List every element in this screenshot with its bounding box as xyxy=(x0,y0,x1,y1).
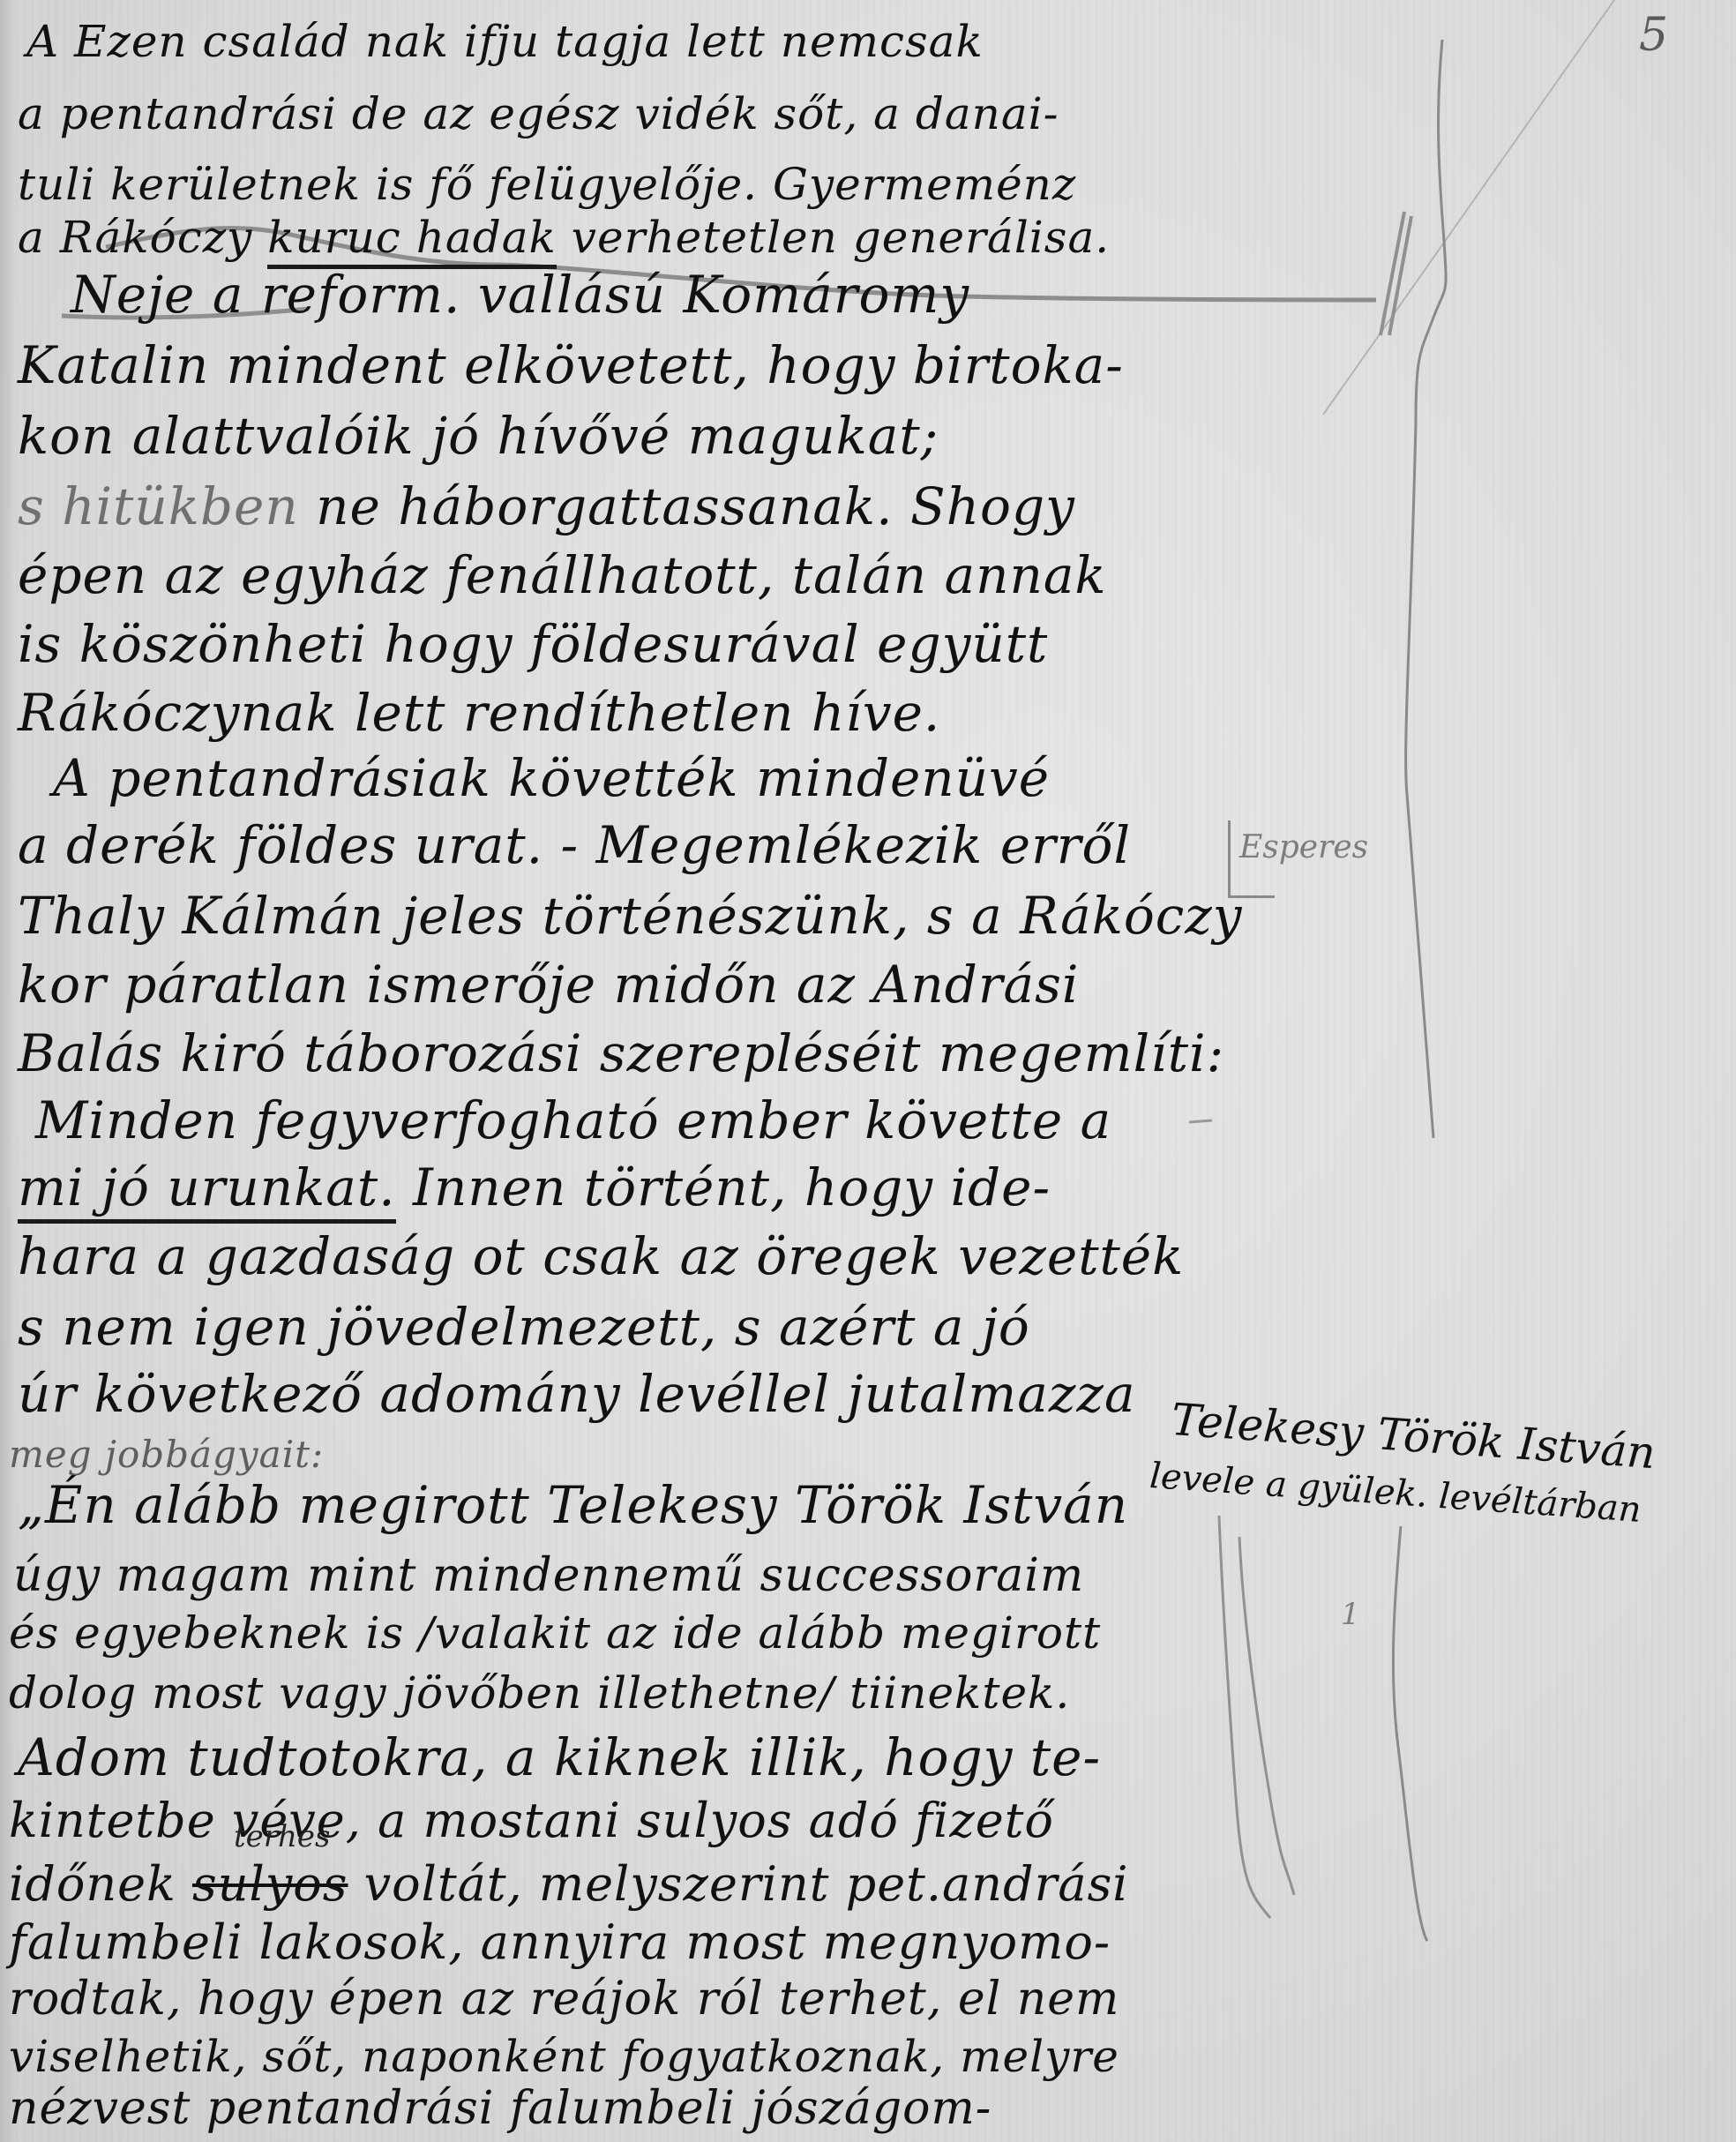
text-line: „Én alább megirott Telekesy Török István xyxy=(18,1475,1128,1535)
text-line: mi jó urunkat. Innen történt, hogy ide- xyxy=(18,1157,1051,1217)
text-line: s nem igen jövedelmezett, s azért a jó xyxy=(18,1297,1030,1357)
line-text: kintetbe véve, a mostani sulyos adó fize… xyxy=(9,1793,1054,1848)
line-text: Innen történt, hogy ide- xyxy=(396,1157,1051,1217)
text-line: a Rákóczy kuruc hadak verhetetlen generá… xyxy=(18,212,1110,263)
line-text: is köszönheti hogy földesurával együtt xyxy=(18,614,1048,674)
line-text: tuli kerületnek is fő felügyelője. Gyerm… xyxy=(18,159,1076,210)
line-text: épen az egyház fenállhatott, talán annak xyxy=(18,545,1107,605)
line-text: kon alattvalóik jó hívővé magukat; xyxy=(18,406,939,466)
line-text: úgy magam mint mindennemű successoraim xyxy=(13,1549,1084,1602)
text-line: épen az egyház fenállhatott, talán annak xyxy=(18,545,1107,605)
text-line: kon alattvalóik jó hívővé magukat; xyxy=(18,406,939,466)
text-line: falumbeli lakosok, annyira most megnyomo… xyxy=(9,1914,1111,1970)
line-text: a Rákóczy xyxy=(18,212,267,263)
text-line: Katalin mindent elkövetett, hogy birtoka… xyxy=(18,335,1124,395)
text-line: meg jobbágyait: xyxy=(9,1433,324,1476)
text-line: és egyebeknek is /valakit az ide alább m… xyxy=(9,1607,1101,1659)
line-text: Rákóczynak lett rendíthetlen híve. xyxy=(18,683,940,743)
line-text: rodtak, hogy épen az reájok ról terhet, … xyxy=(9,1973,1119,2026)
line-text: meg jobbágyait: xyxy=(9,1433,324,1476)
line-text: falumbeli lakosok, annyira most megnyomo… xyxy=(9,1914,1111,1970)
line-text: „Én alább megirott Telekesy Török István xyxy=(18,1475,1128,1535)
page-number: 5 xyxy=(1639,9,1668,62)
line-text: a reform. vallású Komáromy xyxy=(213,265,969,325)
underlined-text: kuruc hadak xyxy=(267,212,557,269)
line-text: A Ezen család nak ifju tagja lett nemcsa… xyxy=(26,16,984,67)
line-text: Minden fegyverfogható ember követte a xyxy=(35,1090,1111,1150)
text-line: Minden fegyverfogható ember követte a xyxy=(35,1090,1111,1150)
underlined-text: mi jó urunkat. xyxy=(18,1157,396,1224)
line-text: a pentandrási de az egész vidék sőt, a d… xyxy=(18,88,1059,139)
text-line: időnek sulyos voltát, melyszerint pet.an… xyxy=(9,1856,1129,1912)
line-text: viselhetik, sőt, naponként fogyatkoznak,… xyxy=(9,2031,1119,2082)
text-line: is köszönheti hogy földesurával együtt xyxy=(18,614,1048,674)
line-text: hara a gazdaság ot csak az öregek vezett… xyxy=(18,1226,1184,1286)
line-text: időnek xyxy=(9,1856,192,1912)
line-text: ne háborgattassanak. Shogy xyxy=(299,476,1075,536)
interlinear-insert: terhes xyxy=(234,1819,331,1854)
text-line: tuli kerületnek is fő felügyelője. Gyerm… xyxy=(18,159,1076,210)
line-text: dolog most vagy jövőben illethetne/ tiin… xyxy=(9,1667,1070,1719)
text-line: úgy magam mint mindennemű successoraim xyxy=(13,1549,1084,1602)
line-text: a derék földes urat. - Megemlékezik errő… xyxy=(18,815,1131,875)
pencil-mark: 1 xyxy=(1341,1597,1360,1632)
line-text: Adom tudtotokra, a kiknek illik, hogy te… xyxy=(18,1727,1101,1787)
text-line: hara a gazdaság ot csak az öregek vezett… xyxy=(18,1226,1184,1286)
line-text: voltát, melyszerint pet.andrási xyxy=(348,1856,1128,1912)
line-text: úr következő adomány levéllel jutalmazza xyxy=(18,1364,1136,1424)
text-line: a pentandrási de az egész vidék sőt, a d… xyxy=(18,88,1059,139)
text-line: A Ezen család nak ifju tagja lett nemcsa… xyxy=(26,16,984,67)
text-line: viselhetik, sőt, naponként fogyatkoznak,… xyxy=(9,2031,1119,2082)
text-line: Thaly Kálmán jeles történészünk, s a Rák… xyxy=(18,886,1243,946)
line-text: Katalin mindent elkövetett, hogy birtoka… xyxy=(18,335,1124,395)
text-line: Balás kiró táborozási szerepléséit megem… xyxy=(18,1023,1224,1083)
text-line: kor páratlan ismerője midőn az Andrási xyxy=(18,955,1079,1015)
line-text: A pentandrásiak követték mindenüvé xyxy=(53,748,1050,808)
text-line: A pentandrásiak követték mindenüvé xyxy=(53,748,1050,808)
text-line: Adom tudtotokra, a kiknek illik, hogy te… xyxy=(18,1727,1101,1787)
text-line: Rákóczynak lett rendíthetlen híve. xyxy=(18,683,940,743)
line-text: kor páratlan ismerője midőn az Andrási xyxy=(18,955,1079,1015)
struck-text: sulyos xyxy=(192,1856,348,1912)
text-line: úr következő adomány levéllel jutalmazza xyxy=(18,1364,1136,1424)
text-line: Neje a reform. vallású Komáromy xyxy=(71,265,969,325)
line-text: verhetetlen generálisa. xyxy=(557,212,1110,263)
line-text: Thaly Kálmán jeles történészünk, s a Rák… xyxy=(18,886,1243,946)
line-text: és egyebeknek is /valakit az ide alább m… xyxy=(9,1607,1101,1659)
line-text: Balás kiró táborozási szerepléséit megem… xyxy=(18,1023,1224,1083)
margin-pencil-note: Esperes xyxy=(1239,829,1368,865)
line-text: nézvest pentandrási falumbeli jószágom- xyxy=(9,2082,991,2135)
faded-text: s hitükben xyxy=(18,476,299,536)
line-text: s nem igen jövedelmezett, s azért a jó xyxy=(18,1297,1030,1357)
manuscript-page: 5 A Ezen család nak ifju tagja lett nemc… xyxy=(0,0,1736,2142)
text-line: nézvest pentandrási falumbeli jószágom- xyxy=(9,2082,991,2135)
text-line: s hitükben ne háborgattassanak. Shogy xyxy=(18,476,1075,536)
text-line: a derék földes urat. - Megemlékezik errő… xyxy=(18,815,1131,875)
line-text: Neje xyxy=(71,265,213,325)
text-line: rodtak, hogy épen az reájok ról terhet, … xyxy=(9,1973,1119,2026)
text-line: kintetbe véve, a mostani sulyos adó fize… xyxy=(9,1793,1054,1848)
text-line: dolog most vagy jövőben illethetne/ tiin… xyxy=(9,1667,1070,1719)
